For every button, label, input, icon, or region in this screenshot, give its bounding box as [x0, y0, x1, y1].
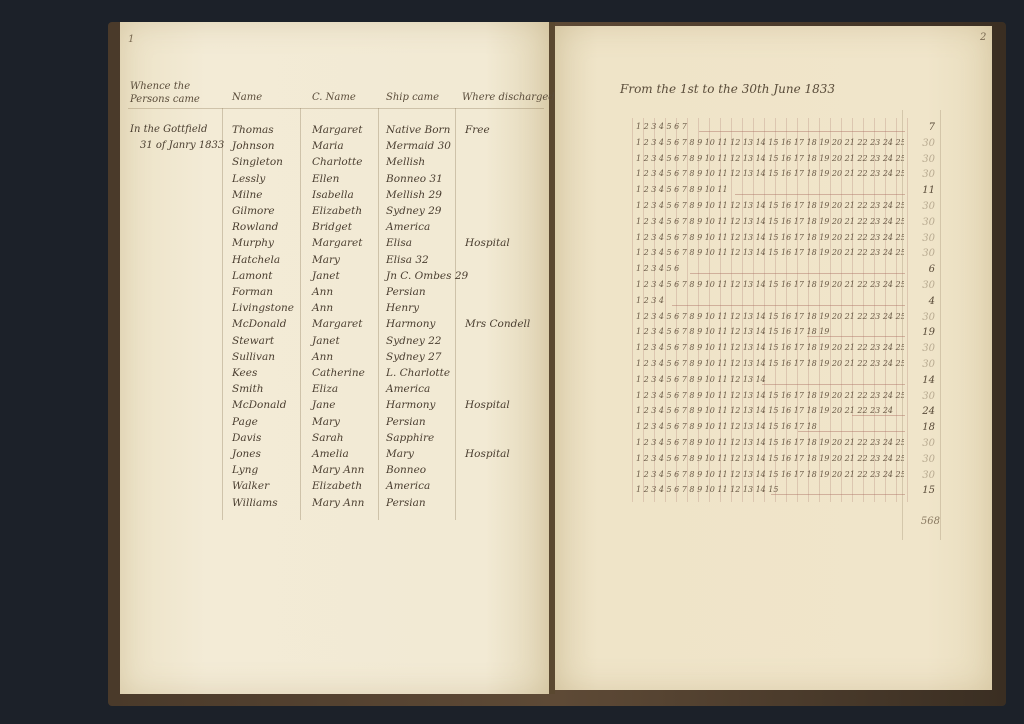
ship-cell: Mary: [386, 448, 414, 460]
row-total: 7: [905, 122, 935, 133]
discharged-cell: Hospital: [465, 399, 510, 411]
ship-cell: America: [386, 221, 430, 233]
header-rule: [128, 108, 544, 109]
christian-name-cell: Margaret: [312, 237, 362, 249]
christian-name-cell: Ann: [312, 286, 333, 298]
christian-name-cell: Catherine: [312, 367, 365, 379]
ship-cell: Mermaid 30: [386, 140, 451, 152]
column-rule: [378, 108, 379, 520]
christian-name-cell: Maria: [312, 140, 344, 152]
day-sequence: 1 2 3 4 5 6 7 8 9 10 11 12 13 14 15 16 1…: [636, 280, 904, 296]
row-total: 4: [905, 296, 935, 307]
surname-cell: Forman: [232, 286, 273, 298]
day-sequence: 1 2 3 4 5 6 7 8 9 10 11 12 13 14 15 16 1…: [636, 343, 904, 359]
ship-cell: Harmony: [386, 318, 435, 330]
row-total: 30: [905, 154, 935, 165]
ship-cell: Elisa 32: [386, 254, 429, 266]
christian-name-cell: Elizabeth: [312, 205, 362, 217]
discharged-cell: Hospital: [465, 237, 510, 249]
surname-cell: Stewart: [232, 335, 274, 347]
row-total: 30: [905, 233, 935, 244]
day-sequence: 1 2 3 4 5 6 7 8 9 10 11 12 13 14 15 16 1…: [636, 312, 904, 328]
header-where-discharged: Where discharged: [462, 92, 555, 103]
christian-name-cell: Jane: [312, 399, 335, 411]
strike-line: [771, 494, 905, 495]
day-sequence: 1 2 3 4 5 6 7 8 9 10 11 12 13 14 15 16 1…: [636, 359, 904, 375]
ship-cell: Sydney 22: [386, 335, 441, 347]
christian-name-cell: Mary: [312, 416, 340, 428]
ship-cell: Jn C. Ombes 29: [386, 270, 468, 282]
christian-name-cell: Elizabeth: [312, 480, 362, 492]
row-total: 30: [905, 470, 935, 481]
christian-name-cell: Bridget: [312, 221, 352, 233]
header-christian-name: C. Name: [312, 92, 356, 103]
ship-cell: Elisa: [386, 237, 412, 249]
strike-line: [852, 415, 905, 416]
ship-cell: Sydney 29: [386, 205, 441, 217]
christian-name-cell: Margaret: [312, 318, 362, 330]
row-total: 30: [905, 138, 935, 149]
strike-line: [735, 194, 905, 195]
day-sequence: 1 2 3 4 5 6 7 8 9 10 11 12 13 14 15 16 1…: [636, 201, 904, 217]
surname-cell: Walker: [232, 480, 269, 492]
ship-cell: America: [386, 383, 430, 395]
christian-name-cell: Ellen: [312, 173, 339, 185]
ship-cell: Persian: [386, 497, 426, 509]
day-sequence: 1 2 3 4 5 6 7 8 9 10 11 12 13 14 15 16 1…: [636, 217, 904, 233]
row-total: 30: [905, 391, 935, 402]
christian-name-cell: Amelia: [312, 448, 349, 460]
ship-cell: Mellish 29: [386, 189, 442, 201]
christian-name-cell: Margaret: [312, 124, 362, 136]
surname-cell: Jones: [232, 448, 261, 460]
ship-cell: Harmony: [386, 399, 435, 411]
discharged-cell: Mrs Condell: [465, 318, 530, 330]
row-total: 24: [905, 406, 935, 417]
ship-cell: Sydney 27: [386, 351, 441, 363]
day-sequence: 1 2 3 4 5 6 7 8 9 10 11 12 13 14 15 16 1…: [636, 406, 893, 422]
row-total: 30: [905, 201, 935, 212]
row-total: 30: [905, 438, 935, 449]
ship-cell: Persian: [386, 416, 426, 428]
row-total: 30: [905, 454, 935, 465]
christian-name-cell: Mary Ann: [312, 497, 364, 509]
christian-name-cell: Ann: [312, 351, 333, 363]
surname-cell: Lyng: [232, 464, 258, 476]
row-total: 30: [905, 343, 935, 354]
christian-name-cell: Charlotte: [312, 156, 362, 168]
ship-cell: Bonneo 31: [386, 173, 443, 185]
day-sequence: 1 2 3 4 5 6: [636, 264, 679, 280]
surname-cell: Lessly: [232, 173, 265, 185]
day-sequence: 1 2 3 4 5 6 7 8 9 10 11 12 13 14 15 16 1…: [636, 470, 904, 486]
right-page-title: From the 1st to the 30th June 1833: [620, 82, 835, 96]
day-sequence: 1 2 3 4 5 6 7 8 9 10 11 12 13 14 15 16 1…: [636, 233, 904, 249]
left-page-number: 1: [128, 34, 134, 45]
ship-cell: Native Born: [386, 124, 450, 136]
day-sequence: 1 2 3 4 5 6 7 8 9 10 11 12 13 14 15 16 1…: [636, 248, 904, 264]
ship-cell: L. Charlotte: [386, 367, 450, 379]
day-sequence: 1 2 3 4 5 6 7 8 9 10 11 12 13 14 15 16 1…: [636, 422, 817, 438]
strike-line: [699, 131, 905, 132]
surname-cell: Livingstone: [232, 302, 294, 314]
surname-cell: Kees: [232, 367, 257, 379]
header-ship-came: Ship came: [386, 92, 439, 103]
ship-cell: Persian: [386, 286, 426, 298]
strike-line: [690, 273, 905, 274]
discharged-cell: Free: [465, 124, 490, 136]
row-total: 19: [905, 327, 935, 338]
row-total: 6: [905, 264, 935, 275]
surname-cell: Rowland: [232, 221, 278, 233]
header-name: Name: [232, 92, 262, 103]
surname-cell: Thomas: [232, 124, 274, 136]
discharged-cell: Hospital: [465, 448, 510, 460]
row-total: 14: [905, 375, 935, 386]
column-rule: [300, 108, 301, 520]
day-sequence: 1 2 3 4 5 6 7 8 9 10 11 12 13 14 15 16 1…: [636, 391, 904, 407]
row-total: 30: [905, 248, 935, 259]
ship-cell: Henry: [386, 302, 419, 314]
row-total: 30: [905, 169, 935, 180]
origin-line-2: 31 of Janry 1833: [140, 140, 224, 151]
column-rule: [222, 108, 223, 520]
row-total: 30: [905, 359, 935, 370]
row-total: 30: [905, 280, 935, 291]
christian-name-cell: Mary: [312, 254, 340, 266]
ship-cell: America: [386, 480, 430, 492]
grand-total: 568: [900, 516, 940, 527]
strike-line: [672, 305, 905, 306]
surname-cell: Williams: [232, 497, 278, 509]
surname-cell: Lamont: [232, 270, 273, 282]
ship-cell: Mellish: [386, 156, 425, 168]
surname-cell: McDonald: [232, 399, 286, 411]
day-sequence: 1 2 3 4 5 6 7 8 9 10 11 12 13 14 15 16 1…: [636, 327, 829, 343]
strike-line: [762, 384, 905, 385]
column-rule: [455, 108, 456, 520]
day-sequence: 1 2 3 4 5 6 7 8 9 10 11 12 13 14 15 16 1…: [636, 454, 904, 470]
surname-cell: Gilmore: [232, 205, 275, 217]
day-sequence: 1 2 3 4 5 6 7 8 9 10 11 12 13 14 15 16 1…: [636, 169, 904, 185]
surname-cell: McDonald: [232, 318, 286, 330]
day-sequence: 1 2 3 4 5 6 7 8 9 10 11 12 13 14: [636, 375, 766, 391]
book-spine: [549, 22, 555, 694]
christian-name-cell: Isabella: [312, 189, 354, 201]
surname-cell: Milne: [232, 189, 262, 201]
day-sequence: 1 2 3 4 5 6 7 8 9 10 11: [636, 185, 728, 201]
ship-cell: Sapphire: [386, 432, 434, 444]
row-total: 11: [905, 185, 935, 196]
day-sequence: 1 2 3 4 5 6 7 8 9 10 11 12 13 14 15 16 1…: [636, 154, 904, 170]
day-sequence: 1 2 3 4 5 6 7 8 9 10 11 12 13 14 15: [636, 485, 779, 501]
christian-name-cell: Mary Ann: [312, 464, 364, 476]
row-total: 30: [905, 312, 935, 323]
surname-cell: Johnson: [232, 140, 275, 152]
day-sequence: 1 2 3 4 5 6 7 8 9 10 11 12 13 14 15 16 1…: [636, 438, 904, 454]
totals-rule: [940, 110, 941, 540]
right-page-number: 2: [980, 32, 986, 43]
header-where-came: Whence the Persons came: [130, 80, 200, 106]
strike-line: [807, 336, 905, 337]
row-total: 30: [905, 217, 935, 228]
surname-cell: Sullivan: [232, 351, 275, 363]
row-total: 18: [905, 422, 935, 433]
origin-line-1: In the Gottfield: [130, 124, 207, 135]
surname-cell: Murphy: [232, 237, 274, 249]
left-page: [120, 22, 550, 694]
day-sequence: 1 2 3 4 5 6 7: [636, 122, 687, 138]
christian-name-cell: Ann: [312, 302, 333, 314]
surname-cell: Smith: [232, 383, 264, 395]
surname-cell: Singleton: [232, 156, 283, 168]
christian-name-cell: Janet: [312, 270, 340, 282]
strike-line: [798, 431, 905, 432]
surname-cell: Davis: [232, 432, 261, 444]
day-sequence: 1 2 3 4 5 6 7 8 9 10 11 12 13 14 15 16 1…: [636, 138, 904, 154]
surname-cell: Page: [232, 416, 258, 428]
christian-name-cell: Eliza: [312, 383, 338, 395]
day-sequence: 1 2 3 4: [636, 296, 664, 312]
christian-name-cell: Janet: [312, 335, 340, 347]
ship-cell: Bonneo: [386, 464, 426, 476]
surname-cell: Hatchela: [232, 254, 280, 266]
christian-name-cell: Sarah: [312, 432, 344, 444]
row-total: 15: [905, 485, 935, 496]
